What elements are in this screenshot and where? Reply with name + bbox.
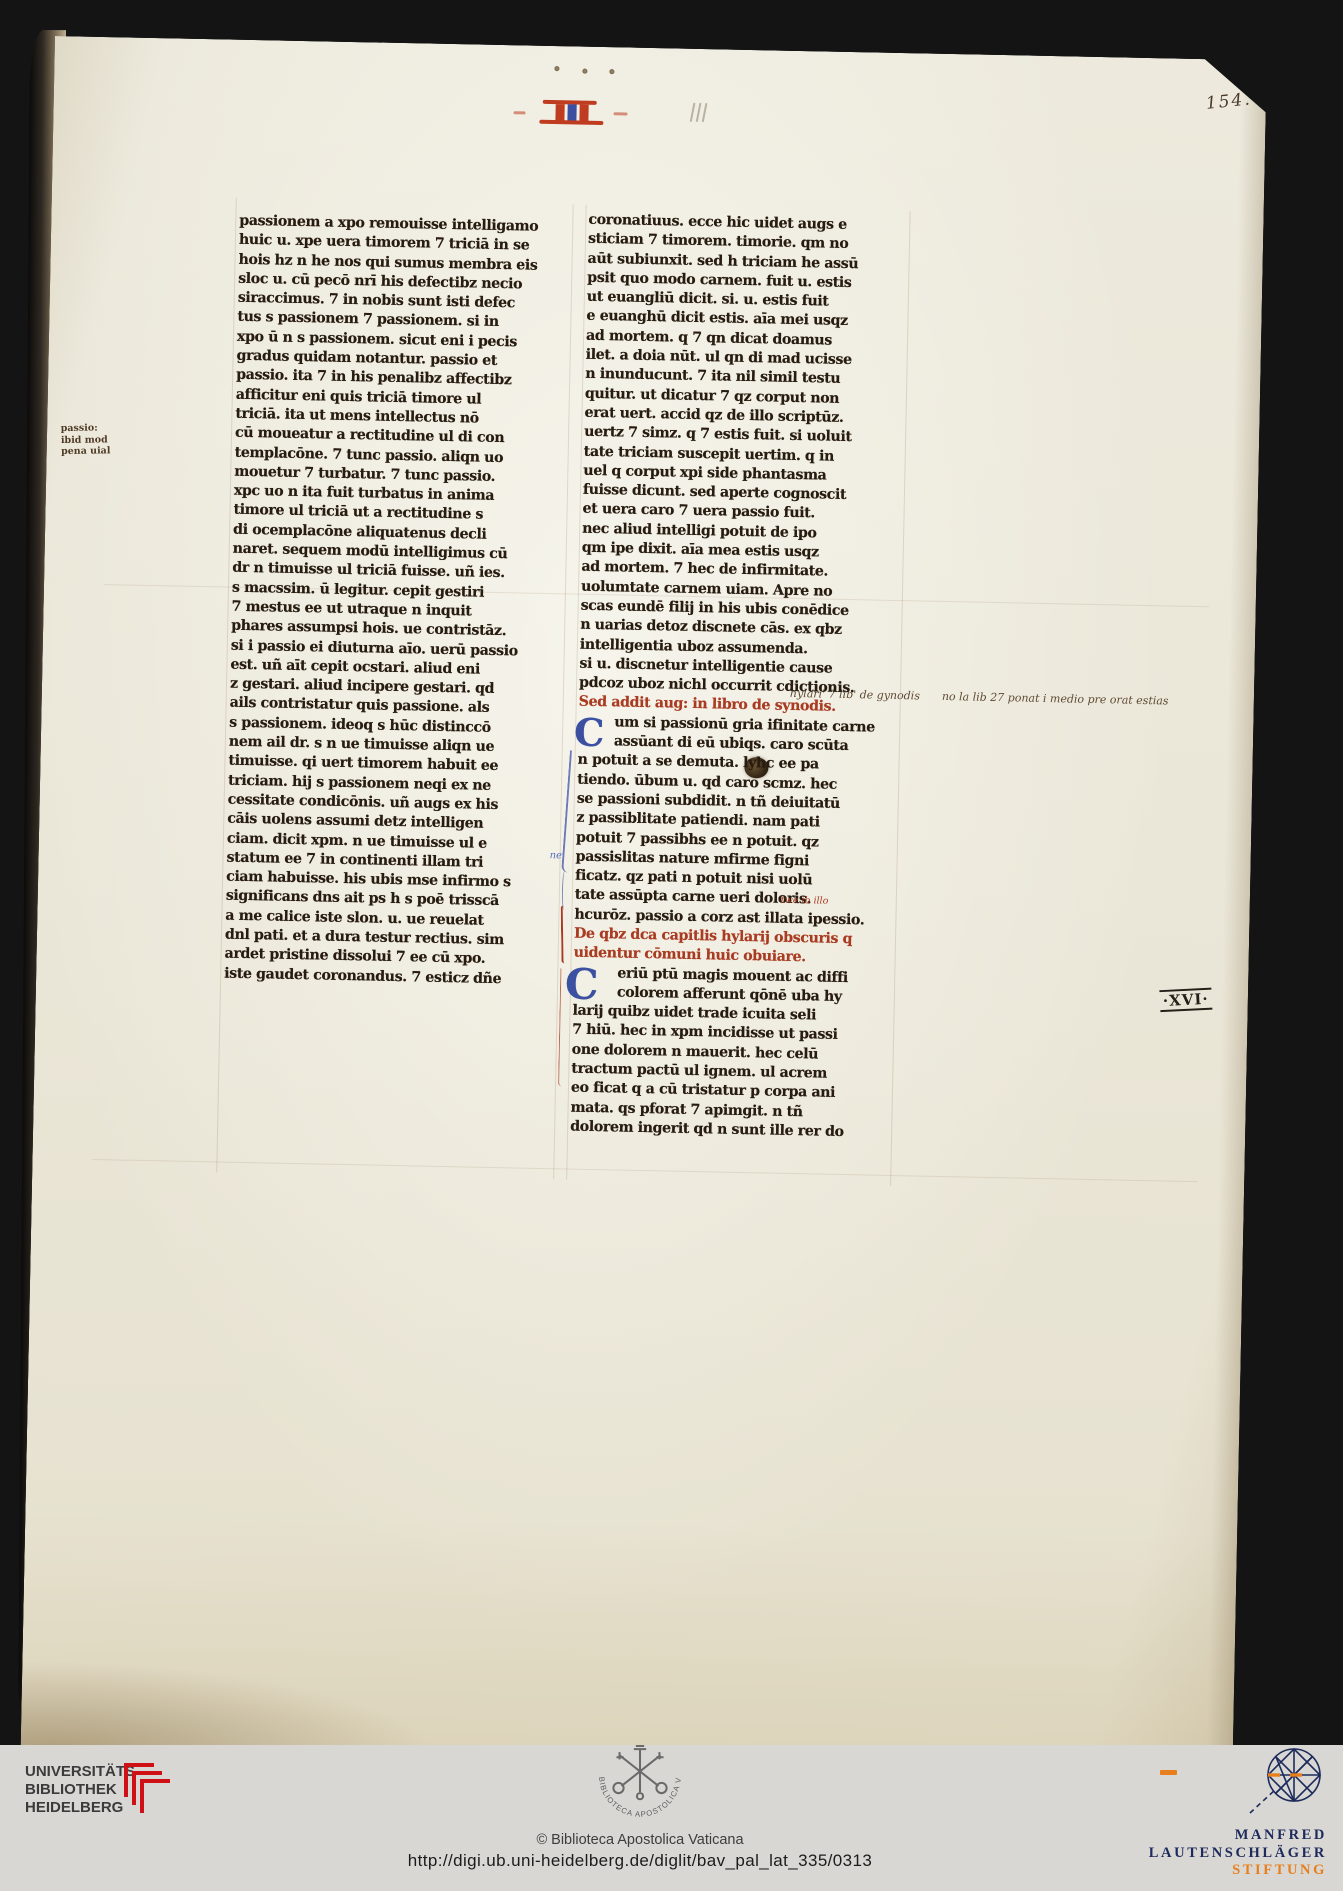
parchment-hole: [582, 69, 587, 74]
stiftung-line: STIFTUNG: [1149, 1862, 1327, 1880]
red-penwork-flourish: [561, 905, 568, 963]
vatican-seal-icon: BIBLIOTECA APOSTOLICA VATICANA: [590, 1745, 690, 1831]
interlinear-red-gloss: twe ib illo: [781, 895, 829, 907]
ornament-stroke: [567, 104, 576, 121]
folio-number: 154.: [1205, 89, 1253, 114]
margin-note-line: pena uial: [61, 445, 111, 457]
illuminated-initial-C: C: [574, 713, 605, 754]
orange-dash-icon: [1160, 1770, 1177, 1775]
vatican-seal-text: BIBLIOTECA APOSTOLICA VATICANA: [590, 1745, 683, 1819]
stiftung-line: MANFRED: [1149, 1827, 1327, 1845]
ornament-stroke: [555, 104, 564, 121]
vatican-attribution-block: BIBLIOTECA APOSTOLICA VATICANA © Bibliot…: [340, 1745, 940, 1871]
margin-note-line: passio:: [61, 422, 111, 434]
ub-heidelberg-logo-icon: [118, 1759, 172, 1815]
ornament-bar: [539, 120, 603, 125]
attribution-footer-bar: UNIVERSITÄTS- BIBLIOTHEK HEIDELBERG: [0, 1745, 1343, 1891]
svg-text:BIBLIOTECA APOSTOLICA VATICANA: BIBLIOTECA APOSTOLICA VATICANA: [590, 1745, 683, 1819]
heading-numeral-III-ornament: [539, 100, 606, 127]
ruling-line: [92, 1159, 1197, 1182]
corner-pen-trials: [1235, 73, 1251, 81]
showthrough-marks: [691, 103, 711, 125]
ornament-dash: [614, 112, 628, 115]
vatican-copyright: © Biblioteca Apostolica Vaticana: [340, 1832, 940, 1848]
corner-pen-trials: [1242, 80, 1254, 85]
stiftung-compass-icon: [1240, 1747, 1330, 1821]
parchment-hole: [554, 66, 559, 71]
gutter-note-blue: ne: [550, 850, 563, 861]
left-margin-note: passio: ibid mod pena uial: [61, 422, 111, 457]
scan-viewport: 154. passio: ibid mod pena uial hylari' …: [0, 0, 1343, 1891]
illuminated-initial-C2: C: [565, 963, 599, 1006]
stiftung-wordmark: MANFRED LAUTENSCHLÄGER STIFTUNG: [1149, 1827, 1327, 1880]
ornament-dash: [514, 111, 526, 114]
margin-note-line: ibid mod: [61, 434, 111, 446]
manuscript-page: 154. passio: ibid mod pena uial hylari' …: [21, 36, 1267, 1774]
digitization-url: http://digi.ub.uni-heidelberg.de/diglit/…: [340, 1851, 940, 1871]
parchment-hole: [609, 69, 614, 74]
section-number-mark: ·XVI·: [1159, 988, 1212, 1013]
text-column-left: passionem a xpo remouisse intelligamohui…: [224, 212, 575, 990]
ornament-stroke: [579, 105, 588, 122]
stiftung-line: LAUTENSCHLÄGER: [1149, 1845, 1327, 1863]
text-column-right: C C twe ib illo ne coronatiuus. ecce hic…: [570, 211, 929, 1144]
gloss-segment: no la lib 27 ponat i medio pre orat esti…: [942, 690, 1169, 708]
